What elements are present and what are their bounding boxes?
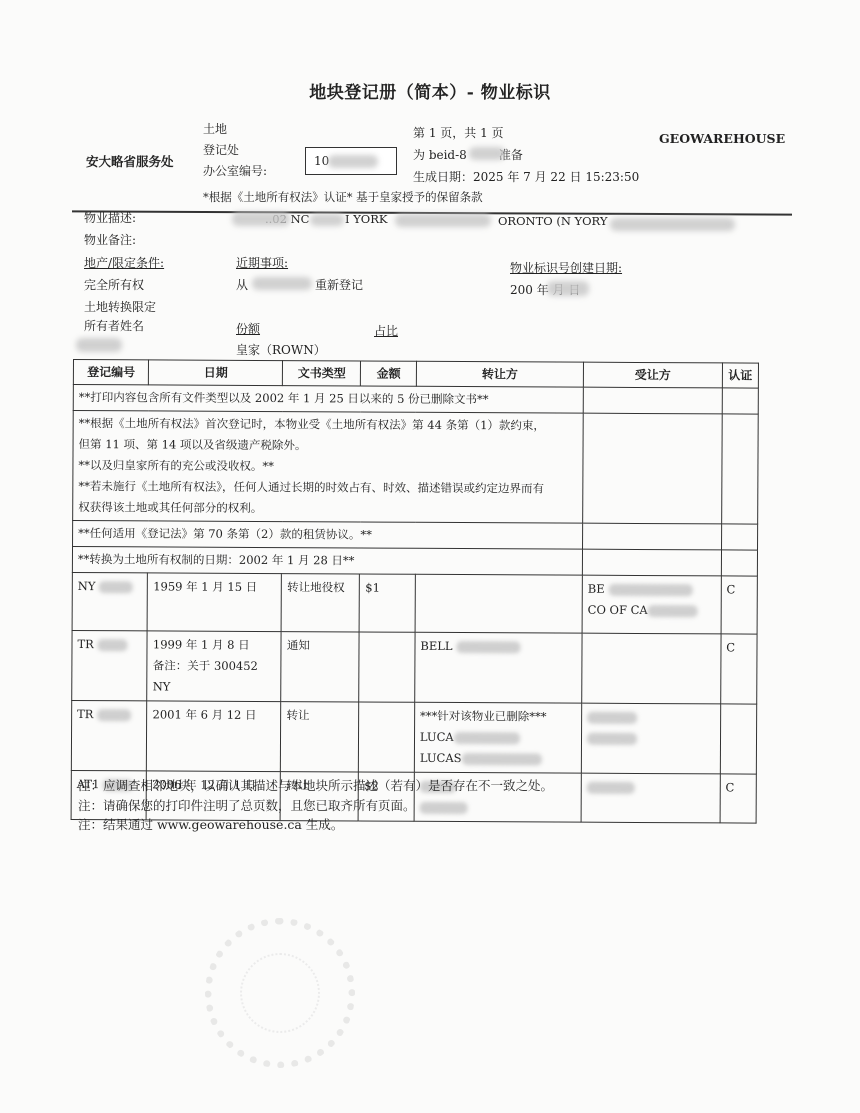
date: 1999 年 1 月 8 日 备注：关于 300452 NY [147,631,281,702]
registry-table: 登记编号 日期 文书类型 金额 转让方 受让方 认证 **打印内容包含所有文件类… [71,359,759,824]
cert: C [720,634,757,704]
footer-note: 注：应调查相邻地块，以确认其描述与本地块所示描述（若有）是否存在不一致之处。 [78,776,553,796]
share-label: 份额 [236,320,260,337]
cert: C [720,774,757,823]
seal-inner-ring [240,953,320,1033]
date: 1959 年 1 月 15 日 [147,573,281,632]
land-registry-line1: 土地 [203,120,227,137]
date: 2001 年 6 月 12 日 [147,701,281,772]
col-from: 转让方 [416,361,583,387]
col-amount: 金额 [361,361,417,386]
description-label: 物业描述: [84,209,136,226]
office-number-label: 办公室编号: [203,162,267,179]
redaction [461,753,541,765]
redaction [610,218,735,231]
office-number-value: 10 [314,154,329,168]
cert: C [721,576,758,634]
ratio-label: 占比 [374,322,398,339]
col-reg-no: 登记编号 [73,360,149,385]
redaction [608,584,692,596]
redaction [469,147,505,160]
redaction [648,605,698,617]
table-header-row: 登记编号 日期 文书类型 金额 转让方 受让方 认证 [73,360,758,389]
footer-notes: 注：应调查相邻地块，以确认其描述与本地块所示描述（若有）是否存在不一致之处。 注… [78,776,553,835]
pin-created-label: 物业标识号创建日期: [510,259,622,276]
estate-value-2: 土地转换限定 [84,298,156,315]
col-to: 受让方 [583,362,722,388]
prepared-for: 为 beid-8准备 [413,146,523,163]
owner-value: 皇家（ROWN） [236,341,326,358]
table-note-row: **任何适用《登记法》第 70 条第（2）款的租赁协议。** [73,521,758,551]
note-text: **根据《土地所有权法》首次登记时，本物业受《土地所有权法》第 44 条第（1）… [73,411,584,524]
redaction [310,214,344,226]
redaction [587,782,635,794]
reg-no: TR [72,630,148,700]
table-note-row: **打印内容包含所有文件类型以及 2002 年 1 月 25 日以来的 5 份已… [73,385,758,415]
to-party [581,703,720,774]
redaction [547,281,589,296]
redaction [99,581,133,593]
redaction [232,212,290,226]
redaction [97,639,127,651]
table-row: TR 1999 年 1 月 8 日 备注：关于 300452 NY 通知 BEL… [72,630,757,704]
amount: $1 [360,574,416,632]
redaction [587,733,637,745]
col-type: 文书类型 [283,361,361,386]
page-info: 第 1 页，共 1 页 [413,124,504,141]
redaction [587,712,637,724]
reg-no: TR [71,700,147,770]
amount [359,702,415,772]
description-part3: ORONTO (N YORY [498,214,607,228]
recent-label: 近期事项: [236,254,288,271]
document-title: 地块登记册（简本）- 物业标识 [0,78,860,103]
table-note-row: **根据《土地所有权法》首次登记时，本物业受《土地所有权法》第 44 条第（1）… [73,411,759,525]
redaction [252,277,312,290]
to-party: BE CO OF CA [582,575,721,634]
redaction [456,641,520,653]
estate-label: 地产/限定条件: [84,254,164,271]
recent-prefix: 从 [236,276,248,293]
amount [359,632,415,702]
col-date: 日期 [149,360,283,386]
note-text: **打印内容包含所有文件类型以及 2002 年 1 月 25 日以来的 5 份已… [73,385,583,414]
embossed-seal-icon [205,918,355,1068]
from-party: BELL [415,632,582,703]
table-row: TR 2001 年 6 月 12 日 转让 ***针对该物业已删除*** LUC… [71,700,756,774]
redaction [328,155,378,168]
to-party [582,633,721,704]
prepared-for-prefix: 为 beid-8 [413,148,467,162]
footer-note: 注：结果通过 www.geowarehouse.ca 生成。 [78,815,553,835]
brand-logo-text: GEOWAREHOUSE [659,131,785,146]
doc-type: 通知 [281,632,359,702]
office-name: 安大略省服务处 [86,152,174,170]
description-part2: I YORK [345,212,387,226]
table-row: NY 1959 年 1 月 15 日 转让地役权 $1 BE CO OF CA … [72,572,757,634]
reg-no: NY [72,572,148,630]
redaction [454,732,520,744]
from-party: ***针对该物业已删除*** LUCA LUCAS [414,702,581,773]
note-text: **任何适用《登记法》第 70 条第（2）款的租赁协议。** [73,521,583,550]
land-registry-line2: 登记处 [203,141,239,158]
to-party [581,773,720,823]
doc-type: 转让 [281,702,359,772]
owner-label: 所有者姓名 [84,317,144,334]
redaction [395,214,491,227]
doc-type: 转让地役权 [281,574,359,632]
table-note-row: **转换为土地所有权制的日期：2002 年 1 月 28 日** [72,547,757,577]
from-party [415,574,582,633]
remarks-label: 物业备注: [84,231,136,248]
redaction [97,709,131,721]
redaction [76,338,122,352]
office-number-box: 10 [305,147,397,175]
col-cert: 认证 [722,363,758,388]
certification-note: *根据《土地所有权法》认证* 基于皇家授予的保留条款 [203,189,483,205]
note-text: **转换为土地所有权制的日期：2002 年 1 月 28 日** [72,547,582,576]
generated-date: 生成日期：2025 年 7 月 22 日 15:23:50 [413,168,639,185]
footer-note: 注：请确保您的打印件注明了总页数，且您已取齐所有页面。 [78,796,553,816]
estate-value-1: 完全所有权 [84,276,144,293]
cert [720,704,757,774]
recent-suffix: 重新登记 [315,276,363,293]
